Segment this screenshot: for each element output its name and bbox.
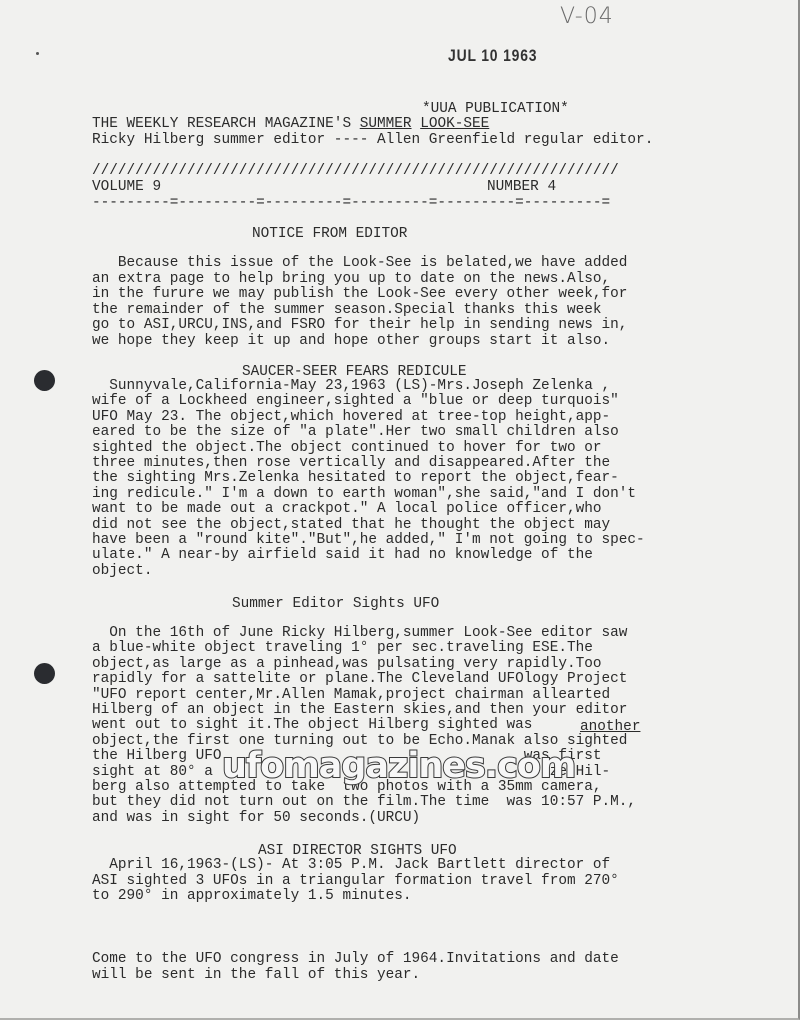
- underlined-word: another: [580, 720, 640, 736]
- text-line: Come to the UFO congress in July of 1964…: [92, 952, 619, 968]
- text-line: but they did not turn out on the film.Th…: [92, 795, 636, 811]
- text-line: have been a "round kite"."But",he added,…: [92, 533, 645, 549]
- text-line: Hilberg of an object in the Eastern skie…: [92, 703, 627, 719]
- title-summer: SUMMER: [360, 116, 412, 132]
- text-line: ASI sighted 3 UFOs in a triangular forma…: [92, 874, 619, 890]
- text-line: ing redicule." I'm a down to earth woman…: [92, 487, 636, 503]
- text-line: Because this issue of the Look-See is be…: [92, 256, 627, 272]
- text-line: object.: [92, 564, 152, 580]
- date-stamp: JUL 10 1963: [448, 46, 537, 66]
- masthead-title: THE WEEKLY RESEARCH MAGAZINE'S SUMMER LO…: [92, 117, 489, 133]
- text-line: Sunnyvale,California-May 23,1963 (LS)-Mr…: [92, 379, 610, 395]
- text-line: object,as large as a pinhead,was pulsati…: [92, 657, 602, 673]
- speck: [36, 52, 39, 55]
- article-heading: Summer Editor Sights UFO: [232, 596, 439, 612]
- text-line: go to ASI,URCU,INS,and FSRO for their he…: [92, 318, 627, 334]
- text-line: the sighting Mrs.Zelenka hesitated to re…: [92, 471, 619, 487]
- text-line: and was in sight for 50 seconds.(URCU): [92, 811, 420, 827]
- text-line: wife of a Lockheed engineer,sighted a "b…: [92, 394, 619, 410]
- text-line: On the 16th of June Ricky Hilberg,summer…: [92, 626, 627, 642]
- text-line: went out to sight it.The object Hilberg …: [92, 718, 541, 734]
- text-line: ulate." A near-by airfield said it had n…: [92, 548, 593, 564]
- text-line: UFO May 23. The object,which hovered at …: [92, 410, 610, 426]
- article-heading: NOTICE FROM EDITOR: [252, 226, 407, 242]
- punch-hole: [34, 663, 55, 684]
- number-label: NUMBER 4: [487, 180, 556, 196]
- text-line: April 16,1963-(LS)- At 3:05 P.M. Jack Ba…: [92, 858, 610, 874]
- text-line: to 290° in approximately 1.5 minutes.: [92, 889, 412, 905]
- document-page: V-04 JUL 10 1963 *UUA PUBLICATION* THE W…: [0, 0, 800, 1020]
- punch-hole: [34, 370, 55, 391]
- watermark: ufomagazines.com: [222, 746, 575, 786]
- text-line: in the furure we may publish the Look-Se…: [92, 287, 627, 303]
- dash-rule: ---------=---------=---------=---------=…: [92, 196, 610, 212]
- title-prefix: THE WEEKLY RESEARCH MAGAZINE'S: [92, 116, 360, 132]
- text-line: rapidly for a sattelite or plane.The Cle…: [92, 672, 627, 688]
- text-line: "UFO report center,Mr.Allen Mamak,projec…: [92, 688, 610, 704]
- text-line: we hope they keep it up and hope other g…: [92, 334, 610, 350]
- text-line: the remainder of the summer season.Speci…: [92, 303, 602, 319]
- text-line: an extra page to help bring you up to da…: [92, 272, 610, 288]
- text-line: want to be made out a crackpot." A local…: [92, 502, 602, 518]
- text-line: sighted the object.The object continued …: [92, 441, 602, 457]
- text-line: will be sent in the fall of this year.: [92, 968, 420, 984]
- handwritten-code: V-04: [560, 4, 614, 29]
- volume-label: VOLUME 9: [92, 180, 161, 196]
- editors-line: Ricky Hilberg summer editor ---- Allen G…: [92, 133, 653, 149]
- slash-rule: ////////////////////////////////////////…: [92, 164, 619, 180]
- text-line: a blue-white object traveling 1° per sec…: [92, 641, 593, 657]
- title-look-see: LOOK-SEE: [420, 116, 489, 132]
- text-line: did not see the object,stated that he th…: [92, 518, 610, 534]
- text-line: eared to be the size of "a plate".Her tw…: [92, 425, 619, 441]
- text-line: three minutes,then rose vertically and d…: [92, 456, 610, 472]
